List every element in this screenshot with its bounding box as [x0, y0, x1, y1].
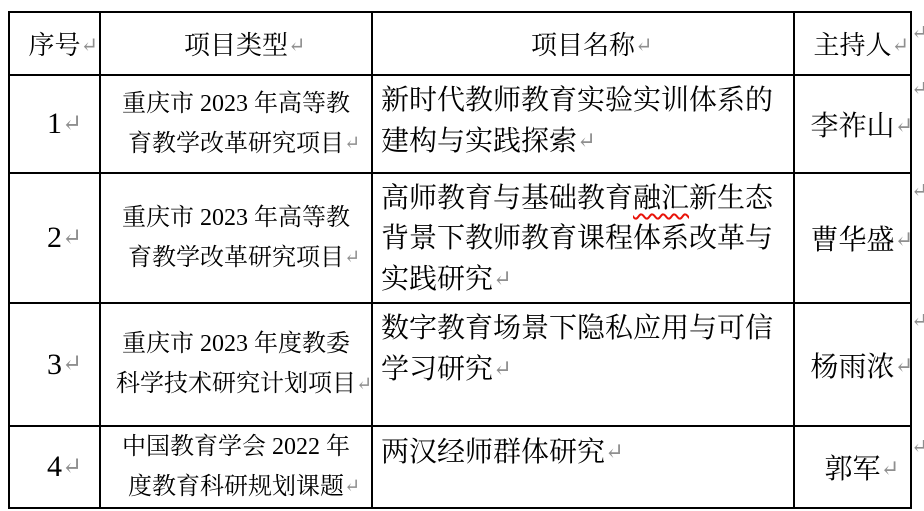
- project-table: 序号↵ 项目类型↵ 项目名称↵ 主持人↵ 1↵ 重庆市 2023 年高等教育教学…: [8, 11, 912, 509]
- header-project-name-label: 项目名称: [531, 31, 635, 60]
- serial-value: 3: [47, 348, 62, 381]
- project-type-text: 中国教育学会 2022 年度教育科研规划课题: [122, 434, 350, 500]
- header-row: 序号↵ 项目类型↵ 项目名称↵ 主持人↵: [9, 12, 911, 75]
- table-row: 3↵ 重庆市 2023 年度教委科学技术研究计划项目↵ 数字教育场景下隐私应用与…: [9, 303, 911, 426]
- row1-leader-cell[interactable]: 李祚山↵: [794, 75, 911, 173]
- spellcheck-wavy-text: 融汇: [633, 183, 689, 214]
- project-type-text: 重庆市 2023 年高等教育教学改革研究项目: [122, 205, 350, 271]
- document-page: 序号↵ 项目类型↵ 项目名称↵ 主持人↵ 1↵ 重庆市 2023 年高等教育教学…: [0, 0, 924, 511]
- row2-project-name-cell[interactable]: 高师教育与基础教育融汇新生态背景下教师教育课程体系改革与实践研究↵: [372, 173, 794, 303]
- row4-project-type-cell[interactable]: 中国教育学会 2022 年度教育科研规划课题↵: [100, 426, 372, 508]
- row1-project-name-cell[interactable]: 新时代教师教育实验实训体系的建构与实践探索↵: [372, 75, 794, 173]
- project-type-text: 重庆市 2023 年度教委科学技术研究计划项目: [116, 331, 356, 397]
- project-name-text: 高师教育与基础教育: [381, 183, 633, 214]
- row-end-mark-icon: ↵: [911, 434, 924, 459]
- project-name-text: 数字教育场景下隐私应用与可信学习研究: [381, 313, 773, 385]
- header-serial[interactable]: 序号↵: [9, 12, 100, 75]
- row-end-mark-icon: ↵: [911, 178, 924, 203]
- row4-serial-cell[interactable]: 4↵: [9, 426, 100, 508]
- row4-leader-cell[interactable]: 郭军↵: [794, 426, 911, 508]
- leader-name: 杨雨浓: [810, 352, 894, 383]
- header-leader[interactable]: 主持人↵: [794, 12, 911, 75]
- serial-value: 4: [47, 450, 62, 483]
- row3-project-name-cell[interactable]: 数字教育场景下隐私应用与可信学习研究↵: [372, 303, 794, 426]
- leader-name: 李祚山: [810, 111, 894, 142]
- table-row: 1↵ 重庆市 2023 年高等教育教学改革研究项目↵ 新时代教师教育实验实训体系…: [9, 75, 911, 173]
- header-serial-label: 序号: [28, 31, 80, 60]
- header-project-type-label: 项目类型: [184, 31, 288, 60]
- leader-name: 郭军: [824, 454, 880, 485]
- project-name-text: 两汉经师群体研究: [381, 437, 605, 468]
- header-leader-label: 主持人: [813, 31, 891, 60]
- row-end-mark-icon: ↵: [911, 76, 924, 101]
- serial-value: 1: [47, 107, 62, 140]
- row2-serial-cell[interactable]: 2↵: [9, 173, 100, 303]
- row2-leader-cell[interactable]: 曹华盛↵: [794, 173, 911, 303]
- row-end-mark-icon: ↵: [911, 20, 924, 45]
- leader-name: 曹华盛: [810, 225, 894, 256]
- row3-project-type-cell[interactable]: 重庆市 2023 年度教委科学技术研究计划项目↵: [100, 303, 372, 426]
- table-row: 4↵ 中国教育学会 2022 年度教育科研规划课题↵ 两汉经师群体研究↵ 郭军↵: [9, 426, 911, 508]
- header-project-name[interactable]: 项目名称↵: [372, 12, 794, 75]
- row3-serial-cell[interactable]: 3↵: [9, 303, 100, 426]
- row1-serial-cell[interactable]: 1↵: [9, 75, 100, 173]
- row2-project-type-cell[interactable]: 重庆市 2023 年高等教育教学改革研究项目↵: [100, 173, 372, 303]
- row4-project-name-cell[interactable]: 两汉经师群体研究↵: [372, 426, 794, 508]
- table-row: 2↵ 重庆市 2023 年高等教育教学改革研究项目↵ 高师教育与基础教育融汇新生…: [9, 173, 911, 303]
- row3-leader-cell[interactable]: 杨雨浓↵: [794, 303, 911, 426]
- header-project-type[interactable]: 项目类型↵: [100, 12, 372, 75]
- row-end-mark-icon: ↵: [911, 308, 924, 333]
- project-type-text: 重庆市 2023 年高等教育教学改革研究项目: [122, 91, 350, 157]
- serial-value: 2: [47, 221, 62, 254]
- row1-project-type-cell[interactable]: 重庆市 2023 年高等教育教学改革研究项目↵: [100, 75, 372, 173]
